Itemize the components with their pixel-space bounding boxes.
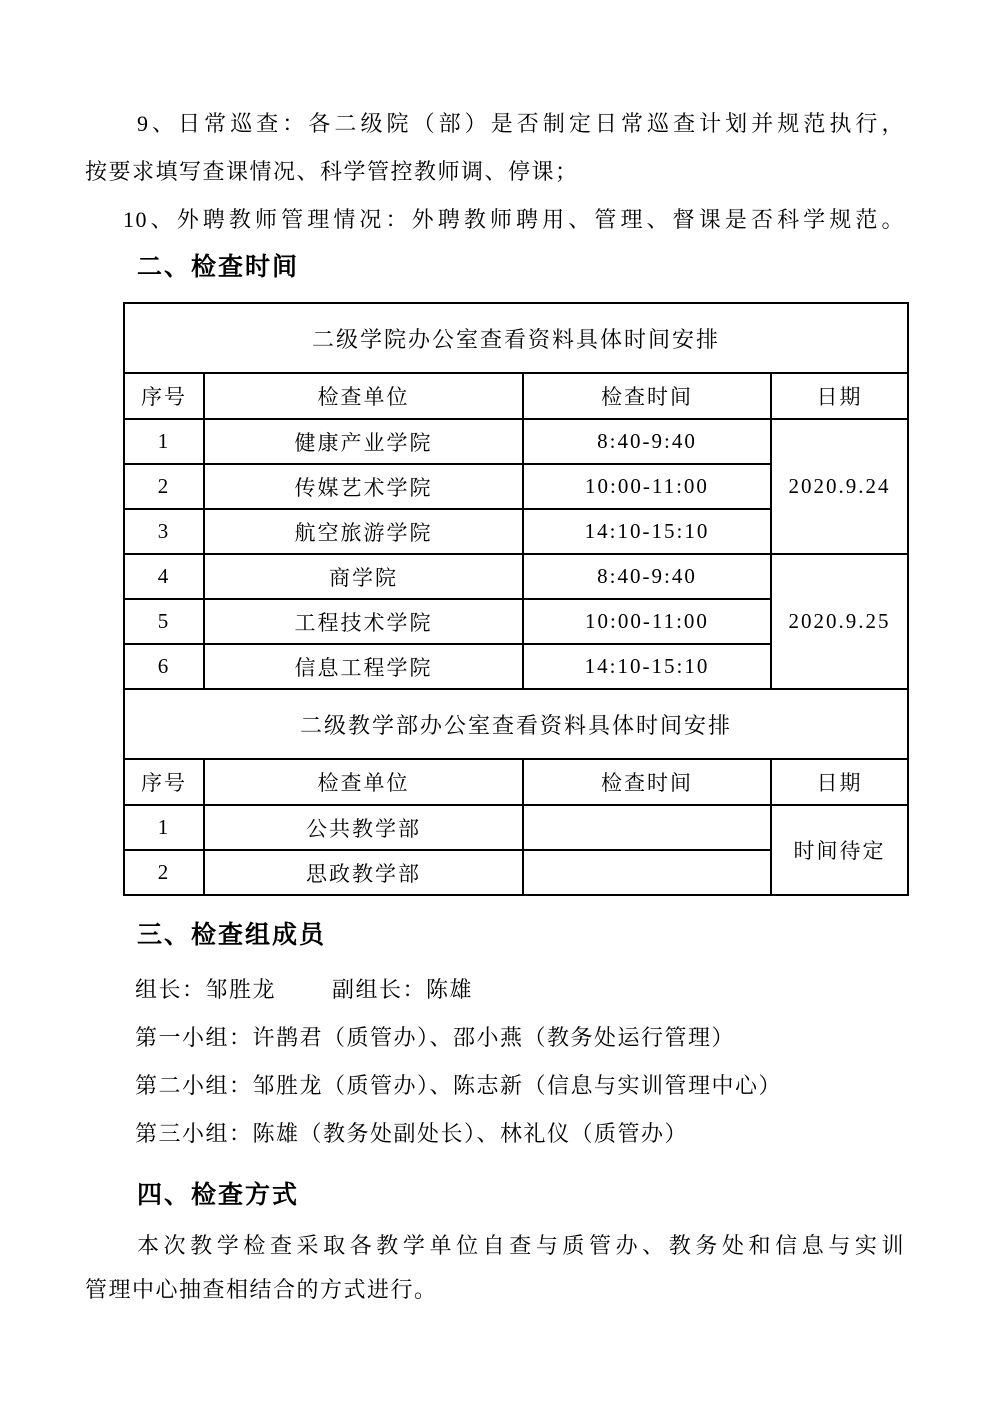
members-leaders-line: 组长：邹胜龙副组长：陈雄 (135, 966, 905, 1014)
table-title-departments: 二级教学部办公室查看资料具体时间安排 (124, 689, 908, 759)
paragraph-9-line-2: 按要求填写查课情况、科学管控教师调、停课； (85, 148, 905, 196)
time-cell (523, 850, 771, 895)
unit-cell: 公共教学部 (204, 805, 523, 850)
document-page: 9、日常巡查：各二级院（部）是否制定日常巡查计划并规范执行， 按要求填写查课情况… (0, 0, 992, 1403)
paragraph-method-line-2: 管理中心抽查相结合的方式进行。 (85, 1268, 905, 1312)
team-group-2: 第二小组：邹胜龙（质管办）、陈志新（信息与实训管理中心） (135, 1062, 905, 1110)
col-header-unit: 检查单位 (204, 373, 523, 419)
date-cell: 时间待定 (771, 805, 908, 895)
date-cell: 2020.9.24 (771, 419, 908, 554)
unit-cell: 传媒艺术学院 (204, 464, 523, 509)
serial-cell: 2 (124, 850, 204, 895)
unit-cell: 思政教学部 (204, 850, 523, 895)
date-cell: 2020.9.25 (771, 554, 908, 689)
team-leader: 组长：邹胜龙 (135, 977, 276, 1002)
serial-cell: 4 (124, 554, 204, 599)
time-cell: 14:10-15:10 (523, 644, 771, 689)
document-content: 9、日常巡查：各二级院（部）是否制定日常巡查计划并规范执行， 按要求填写查课情况… (0, 0, 992, 1312)
table-row: 1 健康产业学院 8:40-9:40 2020.9.24 (124, 419, 908, 464)
col-header-serial: 序号 (124, 759, 204, 805)
members-list: 组长：邹胜龙副组长：陈雄 第一小组：许鹊君（质管办）、邵小燕（教务处运行管理） … (85, 966, 905, 1158)
col-header-unit: 检查单位 (204, 759, 523, 805)
serial-cell: 2 (124, 464, 204, 509)
deputy-leader: 副组长：陈雄 (332, 977, 473, 1002)
paragraph-10: 10、外聘教师管理情况：外聘教师聘用、管理、督课是否科学规范。 (85, 196, 905, 244)
table-header-row-2: 序号 检查单位 检查时间 日期 (124, 759, 908, 805)
col-header-time: 检查时间 (523, 759, 771, 805)
section-heading-check-time: 二、检查时间 (85, 250, 905, 284)
team-group-1: 第一小组：许鹊君（质管办）、邵小燕（教务处运行管理） (135, 1014, 905, 1062)
paragraph-9-line-1: 9、日常巡查：各二级院（部）是否制定日常巡查计划并规范执行， (85, 100, 905, 148)
serial-cell: 1 (124, 805, 204, 850)
table-title-colleges: 二级学院办公室查看资料具体时间安排 (124, 303, 908, 373)
col-header-serial: 序号 (124, 373, 204, 419)
serial-cell: 1 (124, 419, 204, 464)
time-cell (523, 805, 771, 850)
col-header-time: 检查时间 (523, 373, 771, 419)
team-group-3: 第三小组：陈雄（教务处副处长）、林礼仪（质管办） (135, 1110, 905, 1158)
table-title-row-departments: 二级教学部办公室查看资料具体时间安排 (124, 689, 908, 759)
table-row: 4 商学院 8:40-9:40 2020.9.25 (124, 554, 908, 599)
unit-cell: 信息工程学院 (204, 644, 523, 689)
serial-cell: 5 (124, 599, 204, 644)
section-heading-inspection-team: 三、检查组成员 (85, 918, 905, 952)
time-cell: 10:00-11:00 (523, 464, 771, 509)
table-title-row-colleges: 二级学院办公室查看资料具体时间安排 (124, 303, 908, 373)
time-cell: 8:40-9:40 (523, 554, 771, 599)
time-cell: 8:40-9:40 (523, 419, 771, 464)
unit-cell: 航空旅游学院 (204, 509, 523, 554)
schedule-table: 二级学院办公室查看资料具体时间安排 序号 检查单位 检查时间 日期 1 健康产业… (123, 302, 909, 896)
serial-cell: 6 (124, 644, 204, 689)
unit-cell: 健康产业学院 (204, 419, 523, 464)
table-row: 1 公共教学部 时间待定 (124, 805, 908, 850)
unit-cell: 工程技术学院 (204, 599, 523, 644)
section-heading-check-method: 四、检查方式 (85, 1178, 905, 1212)
col-header-date: 日期 (771, 759, 908, 805)
time-cell: 10:00-11:00 (523, 599, 771, 644)
time-cell: 14:10-15:10 (523, 509, 771, 554)
unit-cell: 商学院 (204, 554, 523, 599)
col-header-date: 日期 (771, 373, 908, 419)
paragraph-method-line-1: 本次教学检查采取各教学单位自查与质管办、教务处和信息与实训 (85, 1224, 905, 1268)
paragraph-method: 本次教学检查采取各教学单位自查与质管办、教务处和信息与实训 管理中心抽查相结合的… (85, 1224, 905, 1312)
serial-cell: 3 (124, 509, 204, 554)
paragraph-9: 9、日常巡查：各二级院（部）是否制定日常巡查计划并规范执行， 按要求填写查课情况… (85, 100, 905, 196)
table-header-row-1: 序号 检查单位 检查时间 日期 (124, 373, 908, 419)
